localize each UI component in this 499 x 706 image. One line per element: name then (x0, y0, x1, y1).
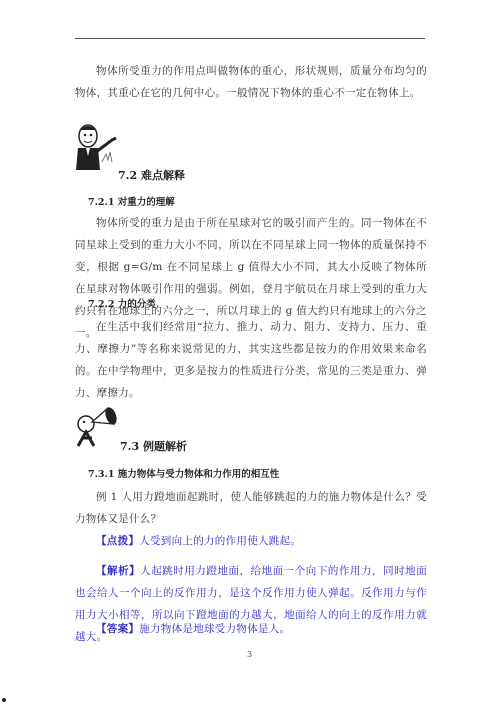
bullet-dot (2, 698, 6, 702)
answer-text: 施力物体是地球受力物体是人。 (139, 623, 290, 635)
hint-paragraph: 【点拨】人受到向上的力的作用使人跳起。 (75, 530, 427, 552)
subsection-7-2-2-title: 7.2.2 力的分类 (88, 296, 156, 310)
answer-label: 【答案】 (96, 623, 139, 635)
hint-text: 人受到向上的力的作用使人跳起。 (139, 535, 301, 547)
example-1-question: 例 1 人用力蹬地面起跳时，使人能够跳起的力的施力物体是什么？受力物体又是什么？ (75, 486, 427, 530)
header-rule (75, 38, 425, 39)
section-7-3-title: 7.3 例题解析 (120, 438, 187, 454)
cartoon-man-megaphone-icon (74, 398, 124, 448)
cartoon-man-pointing-icon (72, 122, 120, 172)
answer-paragraph: 【答案】施力物体是地球受力物体是人。 (75, 618, 427, 640)
subsection-7-2-1-title: 7.2.1 对重力的理解 (88, 194, 175, 208)
hint-label: 【点拨】 (96, 535, 139, 547)
subsection-7-2-2-body: 在生活中我们经常用“拉力、推力、动力、阻力、支持力、压力、重力、摩擦力”等名称来… (75, 316, 427, 404)
intro-paragraph: 物体所受重力的作用点叫做物体的重心，形状规则，质量分布均匀的物体，其重心在它的几… (75, 60, 427, 104)
section-7-2-title: 7.2 难点解释 (118, 167, 185, 183)
page-number: 3 (247, 650, 252, 659)
analysis-label: 【解析】 (96, 565, 140, 577)
subsection-7-3-1-title: 7.3.1 施力物体与受力物体和力作用的相互性 (88, 466, 279, 480)
